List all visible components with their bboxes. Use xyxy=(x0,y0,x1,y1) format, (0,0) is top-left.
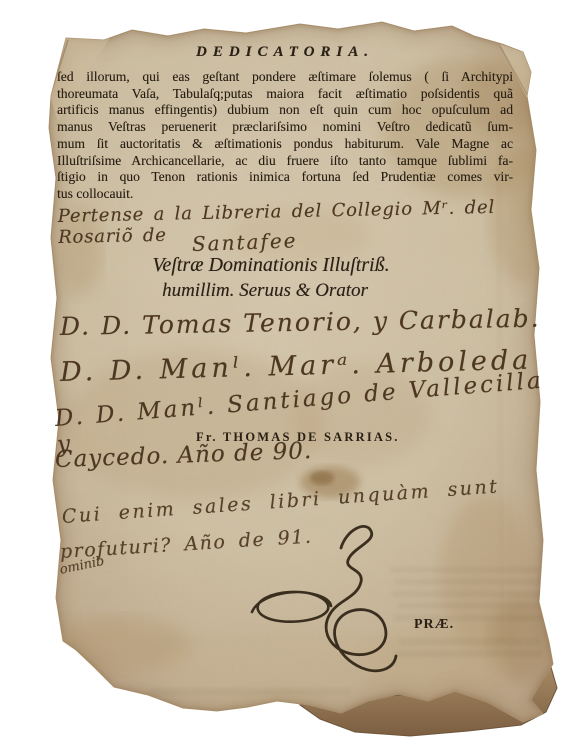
page-title: DEDICATORIA. xyxy=(57,44,513,61)
body-line: ſtigio in quo Tenon rationis inimica for… xyxy=(57,169,513,186)
body-line: artificis manus effingentis) dubium non … xyxy=(57,102,513,119)
document-page-scan: DEDICATORIA. ſed illorum, qui eas geſtan… xyxy=(0,0,562,750)
closing-salutation-line2: humillim. Seruus & Orator xyxy=(37,280,493,302)
closing-salutation-line1: Veſtræ Dominationis Illuſtriß. xyxy=(43,254,499,277)
body-line: manus Veſtras peruenerit præclariſsimo n… xyxy=(57,119,513,136)
body-line: thoreumata Vaſa, Tabulaſq;putas maiora f… xyxy=(57,86,513,103)
body-line: mum ſit auctoritatis & æſtimationis pond… xyxy=(57,136,513,153)
body-line: Illuſtriſsime Archicancellarie, ac diu f… xyxy=(57,153,513,170)
body-line: ſed illorum, qui eas geſtant pondere æſt… xyxy=(57,69,513,86)
dedication-body: ſed illorum, qui eas geſtant pondere æſt… xyxy=(57,69,513,203)
catchword: PRÆ. xyxy=(414,617,454,633)
ownership-inscription-line2: Santafee xyxy=(192,228,298,256)
